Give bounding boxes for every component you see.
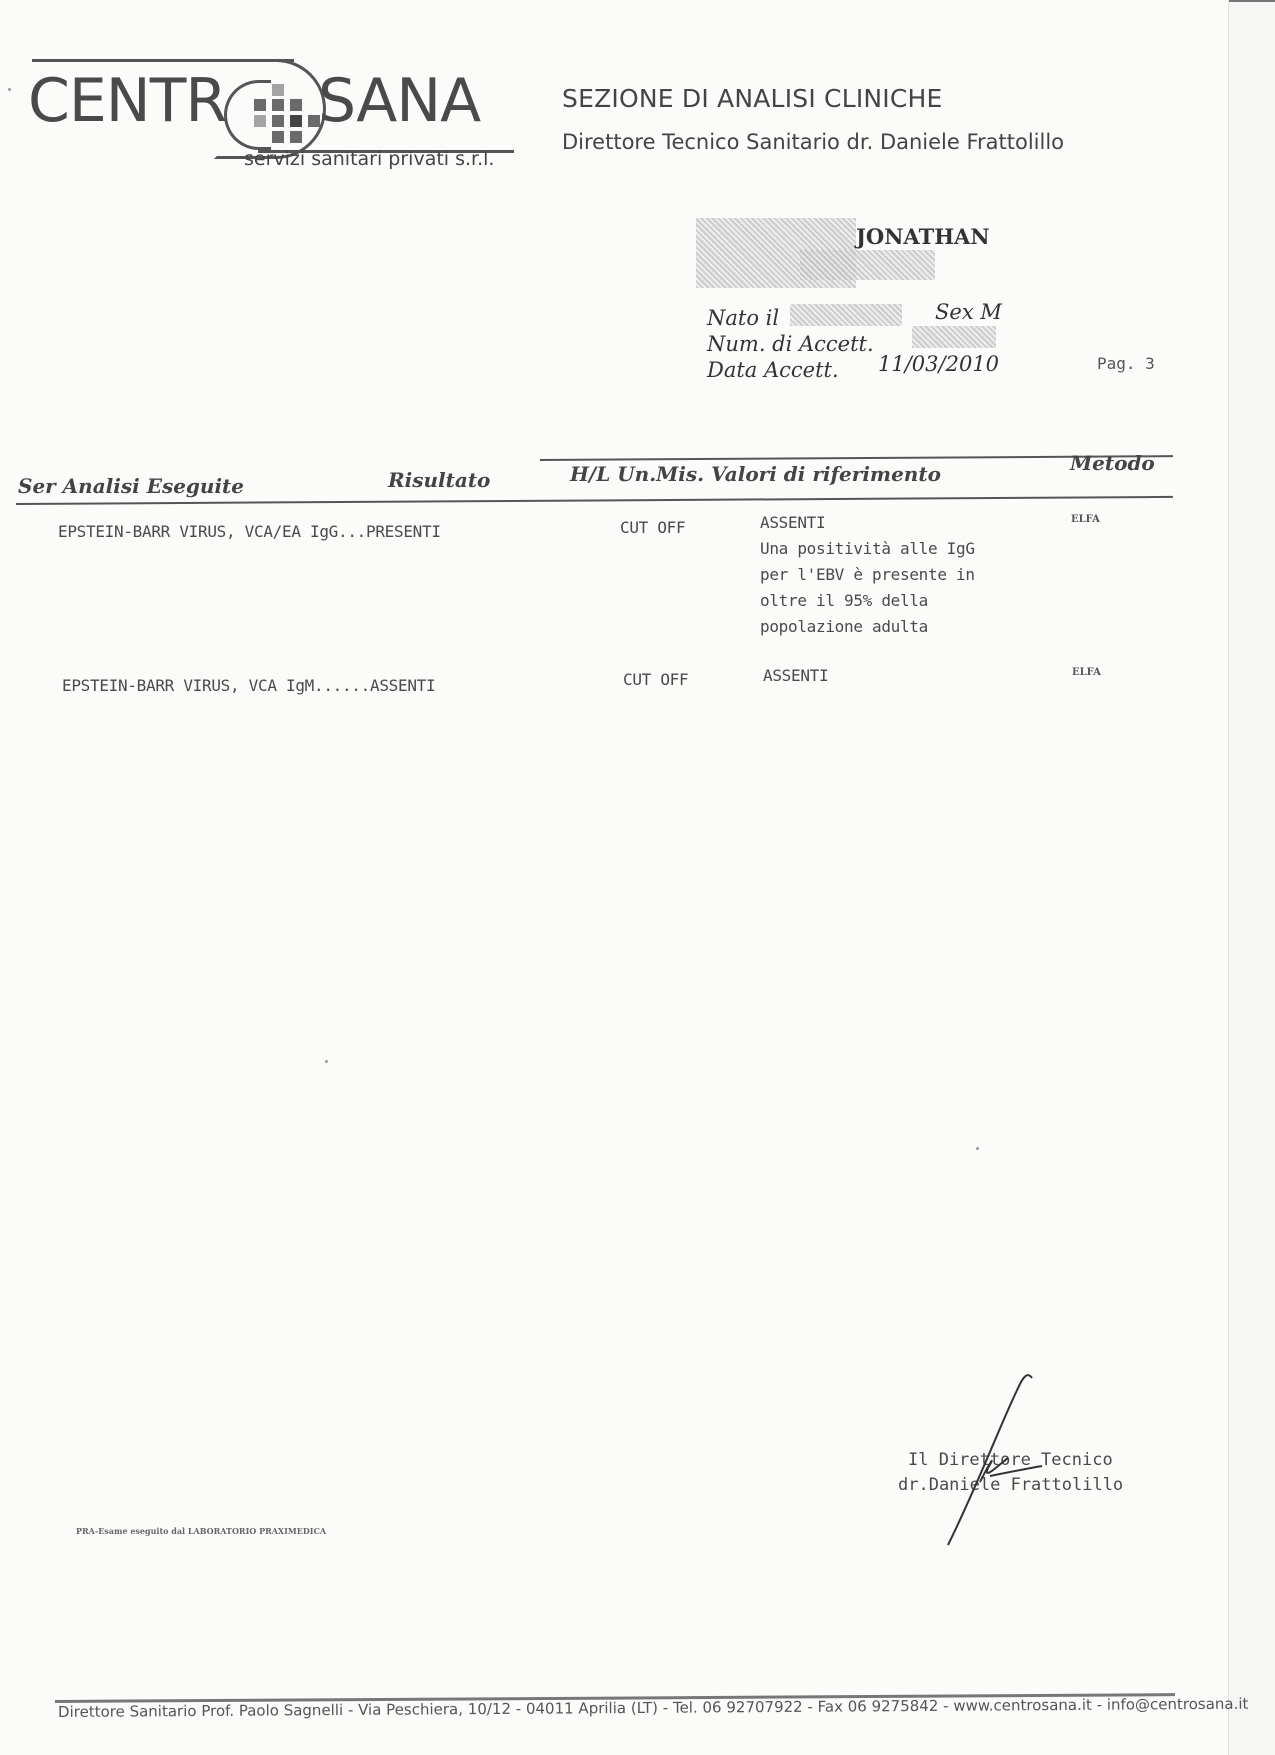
reference-line: popolazione adulta <box>760 614 975 640</box>
accession-number-label: Num. di Accett. <box>707 332 874 356</box>
accession-date-label: Data Accett. <box>707 358 839 382</box>
section-title: SEZIONE DI ANALISI CLINICHE <box>562 84 943 113</box>
unit: CUT OFF <box>623 670 688 689</box>
test-and-result: EPSTEIN-BARR VIRUS, VCA IgM......ASSENTI <box>62 676 435 695</box>
column-header-test: Ser Analisi Eseguite <box>18 474 244 498</box>
reference-line: Una positività alle IgG <box>760 536 975 562</box>
reference-values: ASSENTI <box>763 666 828 685</box>
page-margin <box>1229 0 1275 1755</box>
reference-line: oltre il 95% della <box>760 588 975 614</box>
column-header-method: Metodo <box>1070 451 1155 475</box>
lab-note: PRA-Esame eseguito dal LABORATORIO PRAXI… <box>76 1526 326 1536</box>
logo-word-centr: CENTR <box>28 66 226 136</box>
page-margin-edge <box>1229 0 1275 2</box>
technical-director-line: Direttore Tecnico Sanitario dr. Daniele … <box>562 130 1064 154</box>
logo-tagline: servizi sanitari privati s.r.l. <box>244 148 494 170</box>
reference-values: ASSENTI Una positività alle IgG per l'EB… <box>760 510 975 640</box>
scan-speck <box>976 1147 979 1150</box>
page-edge <box>1228 0 1229 1755</box>
logo-word-sana: SANA <box>318 66 480 136</box>
birth-label: Nato il <box>707 306 779 330</box>
unit: CUT OFF <box>620 518 685 537</box>
logo-cross-grid-icon <box>254 84 324 144</box>
sex-label: Sex M <box>935 300 1002 324</box>
test-and-result: EPSTEIN-BARR VIRUS, VCA/EA IgG...PRESENT… <box>58 522 441 541</box>
column-header-ref: H/L Un.Mis. Valori di riferimento <box>570 462 941 486</box>
accession-date: 11/03/2010 <box>878 352 999 376</box>
redacted-surname-tail <box>800 250 935 280</box>
centrosana-logo: CENTR SANA servizi sanitari privati s.r.… <box>28 56 498 176</box>
method: ELFA <box>1072 667 1101 678</box>
redacted-accession-number <box>912 326 996 348</box>
reference-line: per l'EBV è presente in <box>760 562 975 588</box>
patient-name: JONATHAN <box>856 224 990 249</box>
column-header-result: Risultato <box>388 468 490 492</box>
handwritten-signature-icon <box>930 1370 1070 1550</box>
method: ELFA <box>1071 514 1100 525</box>
redacted-birth-date <box>790 304 902 326</box>
scan-speck <box>8 88 11 91</box>
scan-speck <box>325 1060 328 1063</box>
reference-line: ASSENTI <box>760 510 975 536</box>
page-number: Pag. 3 <box>1097 354 1155 373</box>
